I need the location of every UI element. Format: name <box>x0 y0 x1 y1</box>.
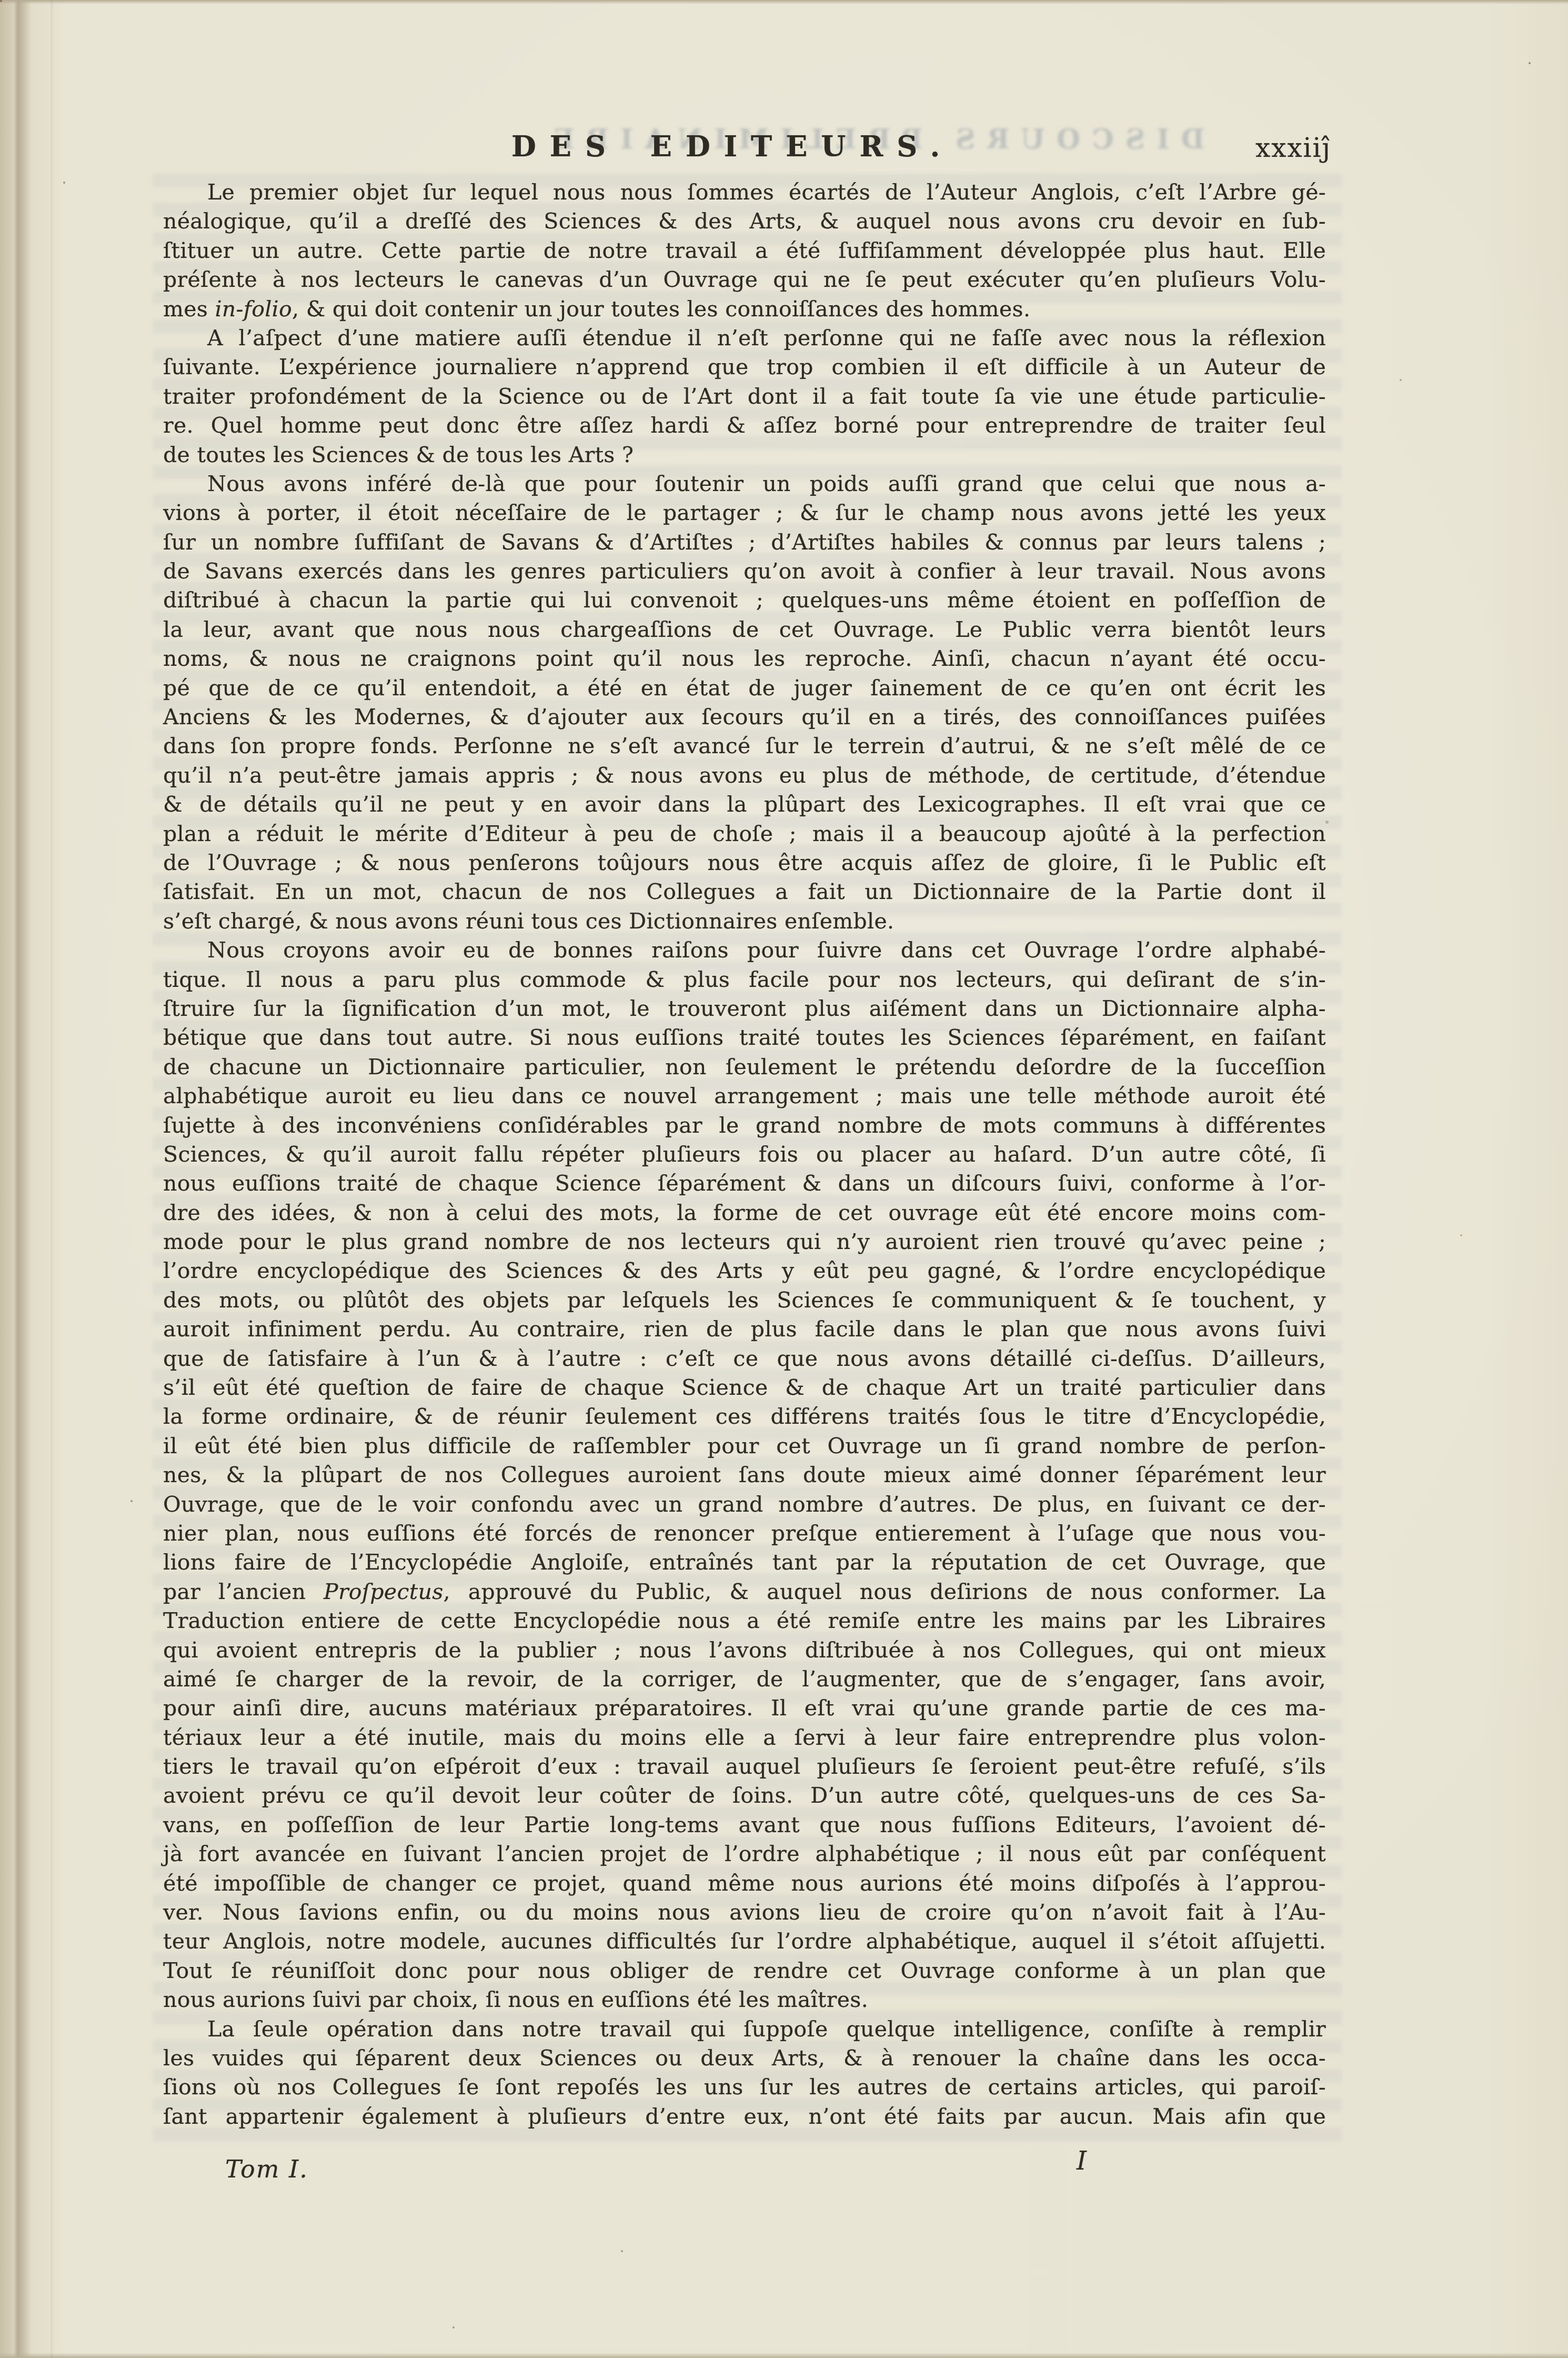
text-line: & de détails qu’il ne peut y en avoir da… <box>163 790 1326 819</box>
text-line: de toutes les Sciences & de tous les Art… <box>163 441 1326 469</box>
text-line: des mots, ou plûtôt des objets par leſqu… <box>163 1286 1326 1315</box>
text-line: A l’aſpect d’une matiere auſſi étendue i… <box>163 324 1326 353</box>
text-line: vans, en poſſeſſion de leur Partie long-… <box>163 1811 1326 1840</box>
text-line: ſujette à des inconvéniens conſidérables… <box>163 1111 1326 1140</box>
text-line: de Savans exercés dans les genres partic… <box>163 557 1326 586</box>
text-line: dans ſon propre fonds. Perſonne ne s’eſt… <box>163 732 1326 761</box>
text-line: nier plan, nous euſſions été forcés de r… <box>163 1519 1326 1548</box>
text-line: nous euſſions traité de chaque Science ſ… <box>163 1169 1326 1198</box>
text-line: Sciences, & qu’il auroit fallu répéter p… <box>163 1140 1326 1169</box>
text-line: Tout ſe réuniſſoit donc pour nous oblige… <box>163 1956 1326 1985</box>
text-line: mes in-folio, & qui doit contenir un jou… <box>163 295 1326 324</box>
text-line: la forme ordinaire, & de réunir ſeulemen… <box>163 1402 1326 1431</box>
text-line: ſtruire ſur la ſignification d’un mot, l… <box>163 994 1326 1023</box>
text-line: que de ſatisfaire à l’un & à l’autre : c… <box>163 1344 1326 1373</box>
text-line: Anciens & les Modernes, & d’ajouter aux … <box>163 703 1326 732</box>
text-line: La ſeule opération dans notre travail qu… <box>163 2015 1326 2044</box>
text-line: vions à porter, il étoit néceſſaire de l… <box>163 498 1326 527</box>
text-line: de chacune un Dictionnaire particulier, … <box>163 1053 1326 1082</box>
text-line: qu’il n’a peut-être jamais appris ; & no… <box>163 761 1326 790</box>
text-line: ſtituer un autre. Cette partie de notre … <box>163 236 1326 265</box>
text-line: teur Anglois, notre modele, aucunes diff… <box>163 1927 1326 1956</box>
text-line: traiter profondément de la Science ou de… <box>163 382 1326 411</box>
text-line: nous aurions ſuivi par choix, ſi nous en… <box>163 1985 1326 2014</box>
page-number: xxxiiĵ <box>1255 133 1331 163</box>
text-line: ſur un nombre ſuffiſant de Savans & d’Ar… <box>163 528 1326 557</box>
text-line: Ouvrage, que de le voir confondu avec un… <box>163 1490 1326 1519</box>
text-line: aimé ſe charger de la revoir, de la corr… <box>163 1665 1326 1694</box>
text-line: Nous croyons avoir eu de bonnes raiſons … <box>163 936 1326 965</box>
text-line: pour ainſi dire, aucuns matériaux prépar… <box>163 1694 1326 1723</box>
page-fold-crease <box>51 0 54 2358</box>
text-line: pé que de ce qu’il entendoit, a été en é… <box>163 674 1326 703</box>
text-line: il eût été bien plus difficile de raſſem… <box>163 1432 1326 1461</box>
text-line: alphabétique auroit eu lieu dans ce nouv… <box>163 1082 1326 1111</box>
text-line: Le premier objet ſur lequel nous nous ſo… <box>163 178 1326 207</box>
footer-signature-mark: I <box>1077 2146 1087 2176</box>
text-line: ſions où nos Collegues ſe ſont repoſés l… <box>163 2073 1326 2102</box>
text-line: la leur, avant que nous nous chargeaſſio… <box>163 615 1326 644</box>
text-line: nes, & la plûpart de nos Collegues auroi… <box>163 1461 1326 1490</box>
text-line: s’eſt chargé, & nous avons réuni tous ce… <box>163 907 1326 936</box>
text-block: Le premier objet ſur lequel nous nous ſo… <box>163 178 1326 2131</box>
text-line: ſant appartenir également à pluſieurs d’… <box>163 2102 1326 2131</box>
text-line: tériaux leur a été inutile, mais du moin… <box>163 1723 1326 1752</box>
footer-volume-label: Tom I. <box>225 2155 308 2183</box>
text-line: s’il eût été queſtion de faire de chaque… <box>163 1373 1326 1402</box>
text-line: tique. Il nous a paru plus commode & plu… <box>163 965 1326 994</box>
text-line: Nous avons inféré de-là que pour ſouteni… <box>163 469 1326 498</box>
text-line: bétique que dans tout autre. Si nous euſ… <box>163 1023 1326 1052</box>
text-line: qui avoient entrepris de la publier ; no… <box>163 1636 1326 1665</box>
text-line: auroit infiniment perdu. Au contraire, r… <box>163 1315 1326 1344</box>
text-line: l’ordre encyclopédique des Sciences & de… <box>163 1256 1326 1285</box>
text-line: de l’Ouvrage ; & nous penſerons toûjours… <box>163 848 1326 877</box>
text-line: ſatisfait. En un mot, chacun de nos Coll… <box>163 877 1326 906</box>
text-line: ver. Nous ſavions enfin, ou du moins nou… <box>163 1898 1326 1927</box>
text-line: avoient prévu ce qu’il devoit leur coûte… <box>163 1781 1326 1810</box>
text-line: par l’ancien Proſpectus, approuvé du Pub… <box>163 1577 1326 1606</box>
text-line: diſtribué à chacun la partie qui lui con… <box>163 586 1326 615</box>
text-line: dre des idées, & non à celui des mots, l… <box>163 1198 1326 1227</box>
text-line: noms, & nous ne craignons point qu’il no… <box>163 644 1326 673</box>
text-line: mode pour le plus grand nombre de nos le… <box>163 1227 1326 1256</box>
text-line: Traduction entiere de cette Encyclopédie… <box>163 1606 1326 1635</box>
text-line: lions faire de l’Encyclopédie Angloiſe, … <box>163 1548 1326 1577</box>
text-line: été impoſſible de changer ce projet, qua… <box>163 1869 1326 1898</box>
text-line: ſuivante. L’expérience journaliere n’app… <box>163 353 1326 382</box>
page-header-title: DES EDITEURS. <box>511 129 953 163</box>
text-line: re. Quel homme peut donc être aſſez hard… <box>163 411 1326 440</box>
scan-edge-top <box>0 0 1568 4</box>
text-line: plan a réduit le mérite d’Editeur à peu … <box>163 820 1326 848</box>
text-line: tiers le travail qu’on eſpéroit d’eux : … <box>163 1752 1326 1781</box>
paper-specks <box>0 0 2 2</box>
scan-edge-bottom <box>0 2353 1568 2358</box>
scanned-book-page: DISCOURS PRELIMINAIRE DES EDITEURS. xxxi… <box>0 0 1568 2358</box>
text-line: néalogique, qu’il a dreſſé des Sciences … <box>163 207 1326 236</box>
text-line: préſente à nos lecteurs le canevas d’un … <box>163 265 1326 294</box>
text-line: les vuides qui ſéparent deux Sciences ou… <box>163 2044 1326 2073</box>
text-line: jà fort avancée en ſuivant l’ancien proj… <box>163 1840 1326 1869</box>
